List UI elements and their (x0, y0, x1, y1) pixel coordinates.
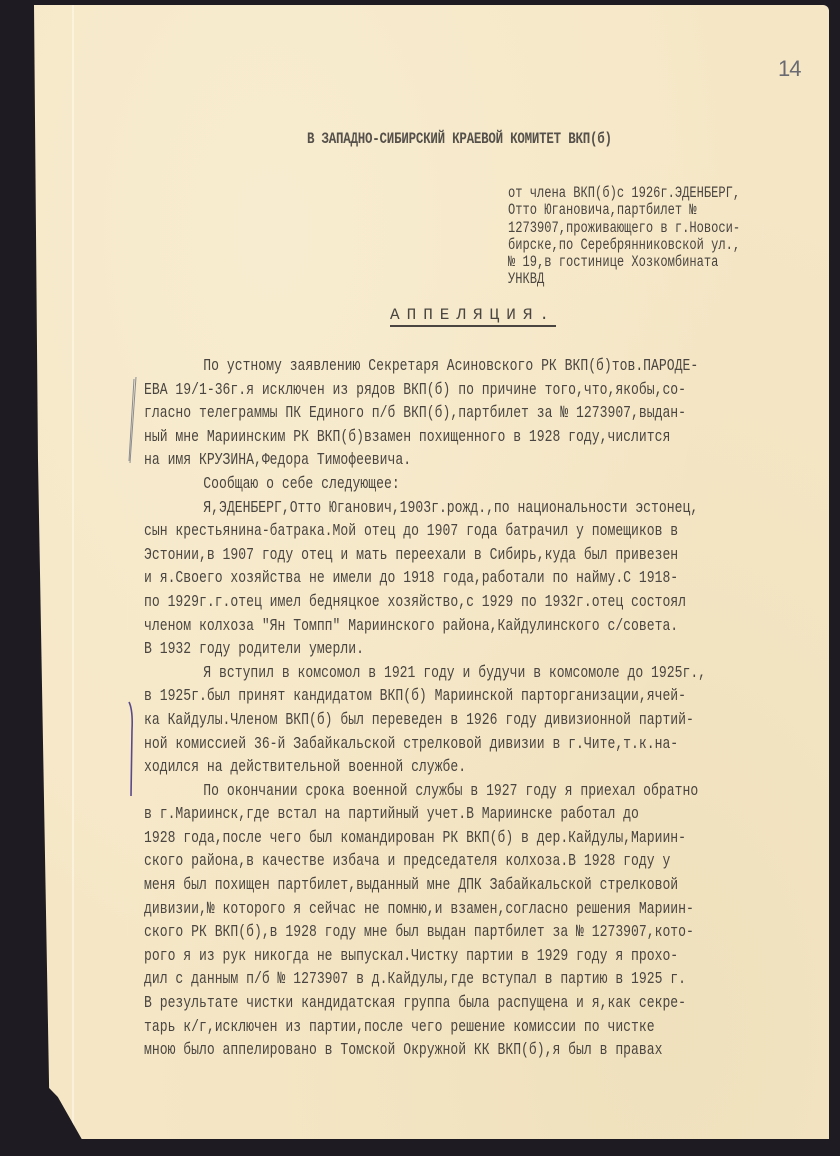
addressee-heading: В ЗАПАДНО-СИБИРСКИЙ КРАЕВОЙ КОМИТЕТ ВКП(… (307, 130, 612, 148)
body-line: гласно телеграммы ПК Единого п/б ВКП(б),… (144, 402, 806, 426)
pencil-margin-mark (128, 375, 138, 465)
sender-line: бирске,по Серебрянниковской ул., (508, 237, 804, 254)
body-line: дивизии,№ которого я сейчас не помню,и в… (144, 898, 806, 922)
sender-line: № 19,в гостинице Хозкомбината (508, 254, 804, 271)
body-line: меня был похищен партбилет,выданный мне … (144, 874, 806, 898)
appeal-body-text: По устному заявлению Секретаря Асиновско… (144, 355, 806, 1063)
body-line: ского РК ВКП(б),в 1928 году мне был выда… (144, 921, 806, 945)
body-line: в 1925г.был принят кандидатом ВКП(б) Мар… (144, 685, 806, 709)
sender-line: Отто Югановича,партбилет № (508, 202, 804, 219)
document-title: АППЕЛЯЦИЯ. (390, 306, 556, 327)
paper-fold-line (72, 5, 74, 1139)
body-line: по 1929г.г.отец имел бедняцкое хозяйство… (144, 591, 806, 615)
body-line: тарь к/г,исключен из партии,после чего р… (144, 1016, 806, 1040)
body-line: дил с данным п/б № 1273907 в д.Кайдулы,г… (144, 968, 806, 992)
body-line: ный мне Мариинским РК ВКП(б)взамен похищ… (144, 426, 806, 450)
body-line: ной комиссией 36-й Забайкальской стрелко… (144, 733, 806, 757)
body-line: на имя КРУЗИНА,Федора Тимофеевича. (144, 449, 806, 473)
body-line: Я,ЭДЕНБЕРГ,Отто Юганович,1903г.рожд.,по … (144, 497, 806, 521)
sender-line: 1273907,проживающего в г.Новоси- (508, 220, 804, 237)
body-line: рого я из рук никогда не выпускал.Чистку… (144, 945, 806, 969)
body-line: в г.Мариинск,где встал на партийный учет… (144, 803, 806, 827)
sender-line: УНКВД (508, 271, 804, 288)
body-line: ка Кайдулы.Членом ВКП(б) был переведен в… (144, 709, 806, 733)
body-line: ского района,в качестве избача и председ… (144, 850, 806, 874)
body-line: Сообщаю о себе следующее: (144, 473, 806, 497)
sender-block: от члена ВКП(б)с 1926г.ЭДЕНБЕРГ, Отто Юг… (508, 185, 804, 289)
body-line: мною было аппелировано в Томской Окружно… (144, 1039, 806, 1063)
page-number-handwritten: 14 (778, 56, 800, 82)
body-line: По окончании срока военной службы в 1927… (144, 780, 806, 804)
body-line: сын крестьянина-батрака.Мой отец до 1907… (144, 520, 806, 544)
body-line: По устному заявлению Секретаря Асиновско… (144, 355, 806, 379)
sender-line: от члена ВКП(б)с 1926г.ЭДЕНБЕРГ, (508, 185, 804, 202)
body-line: ходился на действительной военной службе… (144, 756, 806, 780)
body-line: В 1932 году родители умерли. (144, 638, 806, 662)
body-line: В результате чистки кандидатская группа … (144, 992, 806, 1016)
body-line: Я вступил в комсомол в 1921 году и будуч… (144, 662, 806, 686)
scanned-document-viewer: 14 В ЗАПАДНО-СИБИРСКИЙ КРАЕВОЙ КОМИТЕТ В… (0, 0, 840, 1156)
body-line: членом колхоза "Ян Томпп" Мариинского ра… (144, 615, 806, 639)
body-line: и я.Своего хозяйства не имели до 1918 го… (144, 567, 806, 591)
body-line: 1928 года,после чего был командирован РК… (144, 827, 806, 851)
body-line: Эстонии,в 1907 году отец и мать переехал… (144, 544, 806, 568)
body-line: ЕВА 19/1-36г.я исключен из рядов ВКП(б) … (144, 379, 806, 403)
ink-margin-mark (127, 700, 135, 800)
